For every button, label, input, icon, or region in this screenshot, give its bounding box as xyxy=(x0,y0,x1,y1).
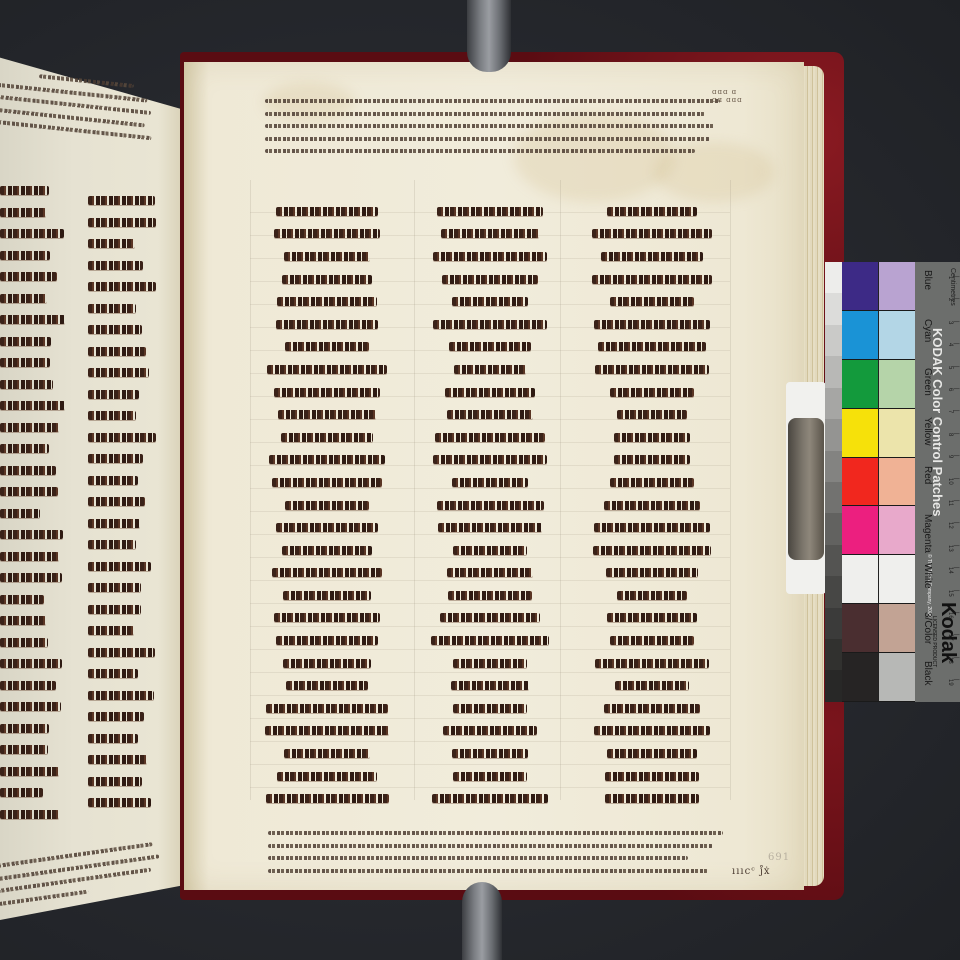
script-line xyxy=(262,652,392,675)
ruler-tick: | 2 xyxy=(947,298,959,301)
patch-black xyxy=(842,653,915,702)
ruler-tick: | 1 xyxy=(947,276,959,279)
script-line xyxy=(587,674,717,697)
script-line xyxy=(88,685,160,707)
script-line xyxy=(425,720,555,743)
script-line xyxy=(0,266,66,288)
patch-yellow xyxy=(842,409,915,458)
script-line xyxy=(262,787,392,810)
script-line xyxy=(425,290,555,313)
script-line xyxy=(425,358,555,381)
script-line xyxy=(425,268,555,291)
patch-label: Black xyxy=(922,661,933,685)
script-line xyxy=(88,233,160,255)
top-right-marginal-note: ɑɑɑ ɑɑɑ ɑɑɑ xyxy=(712,88,743,104)
script-line xyxy=(587,562,717,585)
script-line xyxy=(0,653,66,675)
gray-step xyxy=(825,576,842,607)
script-line xyxy=(262,607,392,630)
gray-step xyxy=(825,356,842,387)
script-line xyxy=(262,313,392,336)
gray-step xyxy=(825,608,842,639)
script-line xyxy=(0,309,66,331)
gray-step xyxy=(825,419,842,450)
script-line xyxy=(88,577,160,599)
script-line xyxy=(88,448,160,470)
script-line xyxy=(0,395,66,417)
script-line xyxy=(262,200,392,223)
script-line xyxy=(262,516,392,539)
script-line xyxy=(425,471,555,494)
ruler-tick: | 3 xyxy=(947,321,959,324)
color-patches xyxy=(842,262,915,702)
patch-red xyxy=(842,458,915,507)
script-line xyxy=(0,352,66,374)
patch-label: Red xyxy=(922,466,933,484)
folio-number: 691 xyxy=(768,852,790,863)
script-line xyxy=(425,426,555,449)
ruler-tick: | 9 xyxy=(947,455,959,458)
script-line xyxy=(587,426,717,449)
gray-step xyxy=(825,482,842,513)
ruler-tick: | 5 xyxy=(947,366,959,369)
patch-label: Green xyxy=(922,368,933,396)
script-line xyxy=(0,438,66,460)
patch-cyan xyxy=(842,311,915,360)
script-line xyxy=(262,290,392,313)
script-line xyxy=(88,792,160,814)
script-line xyxy=(262,471,392,494)
script-line xyxy=(425,403,555,426)
ruler-tick: | 12 xyxy=(947,522,959,529)
script-line xyxy=(425,562,555,585)
ruler-tick: | 13 xyxy=(947,545,959,552)
patch-label: Cyan xyxy=(922,319,933,342)
gray-step xyxy=(825,670,842,701)
ruler-tick: | 16 xyxy=(947,612,959,619)
script-line xyxy=(262,674,392,697)
script-line xyxy=(88,212,160,234)
script-line xyxy=(0,718,66,740)
script-line xyxy=(88,319,160,341)
script-line xyxy=(88,341,160,363)
ruler-tick: | 6 xyxy=(947,388,959,391)
script-line xyxy=(262,426,392,449)
script-line xyxy=(262,765,392,788)
script-line xyxy=(425,449,555,472)
script-line xyxy=(587,765,717,788)
script-line xyxy=(425,742,555,765)
script-line xyxy=(587,742,717,765)
script-line xyxy=(587,697,717,720)
script-line xyxy=(587,471,717,494)
patch-3-color xyxy=(842,604,915,653)
script-line xyxy=(587,245,717,268)
gray-step xyxy=(825,451,842,482)
patch-label: Blue xyxy=(922,270,933,290)
script-line xyxy=(0,524,66,546)
bottom-page-clip xyxy=(462,882,502,960)
script-line xyxy=(262,742,392,765)
side-page-clip xyxy=(788,418,824,560)
script-line xyxy=(587,336,717,359)
script-line xyxy=(0,180,66,202)
script-line xyxy=(425,787,555,810)
script-line xyxy=(0,481,66,503)
script-line xyxy=(587,629,717,652)
script-line xyxy=(587,607,717,630)
script-line xyxy=(88,728,160,750)
script-line xyxy=(587,290,717,313)
script-line xyxy=(262,494,392,517)
script-line xyxy=(0,417,66,439)
script-line xyxy=(425,539,555,562)
script-line xyxy=(88,749,160,771)
target-label-area: Centimetres KODAK Color Control Patches … xyxy=(915,262,960,702)
script-line xyxy=(425,223,555,246)
script-line xyxy=(262,539,392,562)
script-line xyxy=(262,697,392,720)
script-line xyxy=(0,610,66,632)
script-line xyxy=(0,739,66,761)
script-line xyxy=(88,190,160,212)
script-line xyxy=(0,546,66,568)
script-line xyxy=(262,336,392,359)
ruler-tick: | 17 xyxy=(947,634,959,641)
script-line xyxy=(262,584,392,607)
script-line xyxy=(0,374,66,396)
script-line xyxy=(0,782,66,804)
script-line xyxy=(425,313,555,336)
patch-label: 3/Color xyxy=(922,612,933,644)
kodak-color-target: Centimetres KODAK Color Control Patches … xyxy=(825,262,960,702)
ruling-line xyxy=(250,180,251,800)
script-line xyxy=(88,534,160,556)
script-line xyxy=(425,494,555,517)
script-line xyxy=(587,584,717,607)
script-line xyxy=(587,358,717,381)
script-line xyxy=(587,652,717,675)
ruling-line xyxy=(560,180,561,800)
script-line xyxy=(587,313,717,336)
gray-step xyxy=(825,513,842,544)
script-line xyxy=(0,503,66,525)
script-line xyxy=(587,268,717,291)
ruler-tick: | 10 xyxy=(947,478,959,485)
bottom-marginal-note: ıııcᶜ ȷ̊ẋ xyxy=(732,866,771,877)
script-line xyxy=(587,449,717,472)
script-line xyxy=(425,381,555,404)
script-line xyxy=(425,652,555,675)
patch-label: White xyxy=(922,563,933,589)
script-line xyxy=(425,516,555,539)
script-line xyxy=(88,362,160,384)
script-line xyxy=(587,381,717,404)
script-line xyxy=(88,491,160,513)
script-line xyxy=(88,513,160,535)
gray-scale-strip xyxy=(825,262,842,702)
ruling-line xyxy=(414,180,415,800)
text-column-1 xyxy=(262,200,392,810)
script-line xyxy=(262,449,392,472)
ruler-tick: | 8 xyxy=(947,433,959,436)
script-line xyxy=(0,567,66,589)
script-line xyxy=(262,629,392,652)
top-page-clip xyxy=(467,0,511,72)
gray-step xyxy=(825,388,842,419)
top-commentary xyxy=(265,95,720,158)
gray-step xyxy=(825,545,842,576)
ruling-line xyxy=(730,180,731,800)
gray-step xyxy=(825,639,842,670)
ruler-tick: | 19 xyxy=(947,679,959,686)
script-line xyxy=(587,516,717,539)
left-page-column-1 xyxy=(0,180,66,825)
script-line xyxy=(262,381,392,404)
script-line xyxy=(425,765,555,788)
ruler-tick: | 4 xyxy=(947,343,959,346)
patch-blue xyxy=(842,262,915,311)
script-line xyxy=(0,202,66,224)
script-line xyxy=(262,223,392,246)
text-column-3 xyxy=(587,200,717,810)
script-line xyxy=(0,460,66,482)
script-line xyxy=(587,720,717,743)
script-line xyxy=(587,223,717,246)
script-line xyxy=(425,674,555,697)
script-line xyxy=(0,288,66,310)
script-line xyxy=(0,245,66,267)
script-line xyxy=(425,697,555,720)
script-line xyxy=(88,276,160,298)
patch-white xyxy=(842,555,915,604)
script-line xyxy=(425,200,555,223)
ruler-tick: | 14 xyxy=(947,567,959,574)
bottom-commentary xyxy=(268,827,723,877)
script-line xyxy=(425,629,555,652)
script-line xyxy=(262,562,392,585)
script-line xyxy=(425,336,555,359)
left-page-column-2 xyxy=(88,190,160,814)
script-line xyxy=(587,403,717,426)
script-line xyxy=(88,642,160,664)
script-line xyxy=(587,787,717,810)
ruler-tick: | 18 xyxy=(947,657,959,664)
script-line xyxy=(88,255,160,277)
patch-label: Yellow xyxy=(922,417,933,446)
script-line xyxy=(0,223,66,245)
script-line xyxy=(88,599,160,621)
script-line xyxy=(425,584,555,607)
script-line xyxy=(425,245,555,268)
script-line xyxy=(88,663,160,685)
script-line xyxy=(587,539,717,562)
script-line xyxy=(88,384,160,406)
text-column-2 xyxy=(425,200,555,810)
script-line xyxy=(88,298,160,320)
ruler-tick: | 11 xyxy=(947,500,959,506)
script-line xyxy=(88,620,160,642)
script-line xyxy=(587,494,717,517)
patch-magenta xyxy=(842,506,915,555)
ruler-tick: | 15 xyxy=(947,590,959,597)
patch-label: Magenta xyxy=(922,514,933,553)
script-line xyxy=(88,771,160,793)
script-line xyxy=(262,268,392,291)
script-line xyxy=(0,761,66,783)
script-line xyxy=(0,589,66,611)
script-line xyxy=(587,200,717,223)
gray-step xyxy=(825,325,842,356)
script-line xyxy=(88,556,160,578)
gray-step xyxy=(825,262,842,293)
gray-step xyxy=(825,293,842,324)
script-line xyxy=(0,804,66,826)
script-line xyxy=(88,427,160,449)
script-line xyxy=(0,331,66,353)
script-line xyxy=(0,675,66,697)
script-line xyxy=(262,358,392,381)
patch-green xyxy=(842,360,915,409)
script-line xyxy=(88,706,160,728)
script-line xyxy=(0,696,66,718)
script-line xyxy=(88,470,160,492)
script-line xyxy=(0,632,66,654)
script-line xyxy=(88,405,160,427)
script-line xyxy=(262,245,392,268)
script-line xyxy=(425,607,555,630)
ruler-tick: | 7 xyxy=(947,410,959,413)
script-line xyxy=(262,403,392,426)
script-line xyxy=(262,720,392,743)
